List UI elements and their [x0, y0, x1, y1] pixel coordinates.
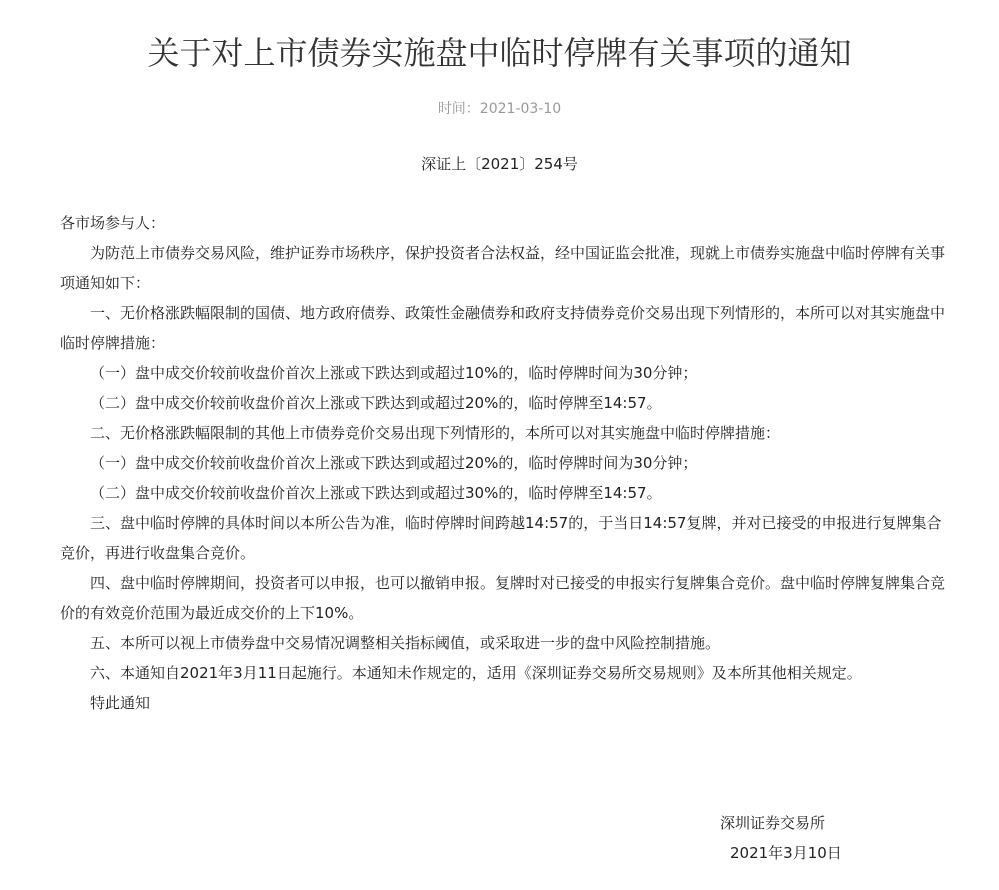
publish-time: 时间：2021-03-10 — [0, 98, 999, 120]
signature-block: 深圳证券交易所 2021年3月10日 — [720, 808, 842, 868]
section-1: 一、无价格涨跌幅限制的国债、地方政府债券、政策性金融债券和政府支持债券竞价交易出… — [60, 298, 950, 358]
section-6: 六、本通知自2021年3月11日起施行。本通知未作规定的，适用《深圳证券交易所交… — [60, 658, 950, 688]
signature-org: 深圳证券交易所 — [720, 808, 842, 838]
section-3: 三、盘中临时停牌的具体时间以本所公告为准，临时停牌时间跨越14:57的，于当日1… — [60, 508, 950, 568]
section-1-item-1: （一）盘中成交价较前收盘价首次上涨或下跌达到或超过10%的，临时停牌时间为30分… — [60, 358, 950, 388]
section-2: 二、无价格涨跌幅限制的其他上市债券竞价交易出现下列情形的，本所可以对其实施盘中临… — [60, 418, 950, 448]
page-title: 关于对上市债券实施盘中临时停牌有关事项的通知 — [0, 28, 999, 78]
salutation: 各市场参与人： — [60, 208, 950, 238]
signature-date: 2021年3月10日 — [720, 838, 842, 868]
intro-paragraph: 为防范上市债券交易风险，维护证券市场秩序，保护投资者合法权益，经中国证监会批准，… — [60, 238, 950, 298]
document-number: 深证上〔2021〕254号 — [0, 152, 999, 176]
section-5: 五、本所可以视上市债券盘中交易情况调整相关指标阈值，或采取进一步的盘中风险控制措… — [60, 628, 950, 658]
section-2-item-1: （一）盘中成交价较前收盘价首次上涨或下跌达到或超过20%的，临时停牌时间为30分… — [60, 448, 950, 478]
section-4: 四、盘中临时停牌期间，投资者可以申报，也可以撤销申报。复牌时对已接受的申报实行复… — [60, 568, 950, 628]
section-2-item-2: （二）盘中成交价较前收盘价首次上涨或下跌达到或超过30%的，临时停牌至14:57… — [60, 478, 950, 508]
notice-body: 各市场参与人： 为防范上市债券交易风险，维护证券市场秩序，保护投资者合法权益，经… — [60, 208, 950, 718]
section-1-item-2: （二）盘中成交价较前收盘价首次上涨或下跌达到或超过20%的，临时停牌至14:57… — [60, 388, 950, 418]
closing-line: 特此通知 — [60, 688, 950, 718]
